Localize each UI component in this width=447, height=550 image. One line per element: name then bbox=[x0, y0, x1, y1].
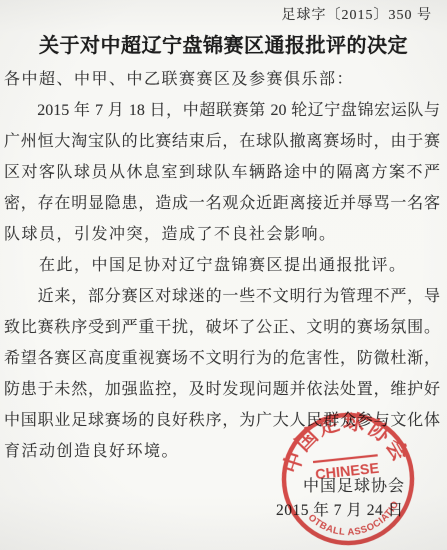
body-line-3: 区对客队球员从休息室到球队车辆路途中的隔离方案不严 bbox=[4, 157, 440, 188]
seal-middle-text: CHINESE bbox=[315, 460, 380, 484]
body-line-2: 广州恒大淘宝队的比赛结束后，在球队撤离赛场时，由于赛 bbox=[4, 126, 440, 157]
body-line-10: 防患于未然，加强监控，及时发现问题并依法处置，维护好 bbox=[4, 374, 440, 405]
body-line-5: 队球员，引发冲突，造成了不良社会影响。 bbox=[4, 219, 440, 250]
body-line-4: 密，存在明显隐患，造成一名观众近距离接近并辱骂一名客 bbox=[4, 188, 440, 219]
official-seal-stamp: 中国足球协会 CHINESE FOOTBALL ASSOCIATION bbox=[270, 401, 426, 550]
body-line-1: 2015 年 7 月 18 日，中超联赛第 20 轮辽宁盘锦宏运队与 bbox=[4, 95, 440, 126]
body-line-8: 致比赛秩序受到严重干扰，破坏了公正、文明的赛场氛围。 bbox=[4, 312, 440, 343]
document-number: 足球字〔2015〕350 号 bbox=[0, 0, 447, 26]
body-line-9: 希望各赛区高度重视赛场不文明行为的危害性，防微杜渐， bbox=[4, 343, 440, 374]
salutation: 各中超、中甲、中乙联赛赛区及参赛俱乐部： bbox=[4, 64, 440, 95]
document-title: 关于对中超辽宁盘锦赛区通报批评的决定 bbox=[8, 33, 439, 59]
body-line-6: 在此，中国足协对辽宁盘锦赛区提出通报批评。 bbox=[4, 250, 440, 281]
body-line-7: 近来，部分赛区对球迷的一些不文明行为管理不严，导 bbox=[4, 281, 440, 312]
scanned-document-page: 足球字〔2015〕350 号 关于对中超辽宁盘锦赛区通报批评的决定 各中超、中甲… bbox=[0, 0, 447, 550]
